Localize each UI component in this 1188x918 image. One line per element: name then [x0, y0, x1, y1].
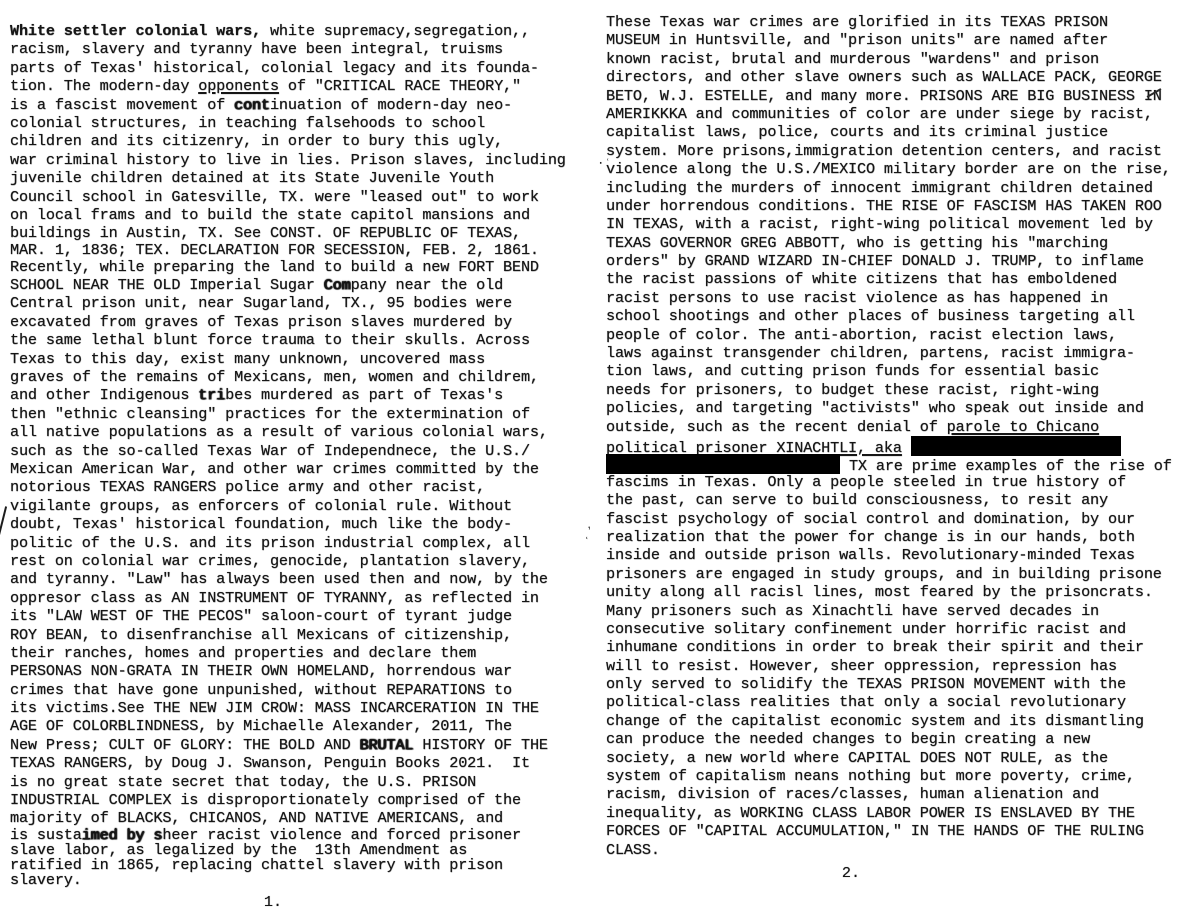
text-line: will to resist. However, sheer oppressio…	[606, 657, 1188, 675]
text-line: realization that the power for change is…	[606, 528, 1188, 546]
text-line: and tyranny. "Law" has always been used …	[10, 570, 596, 588]
text-line: Many prisoners such as Xinachtli have se…	[606, 602, 1188, 620]
text-line: vigilante groups, as enforcers of coloni…	[10, 497, 596, 515]
text-line: doubt, Texas' historical foundation, muc…	[10, 515, 596, 533]
text-line: Recently, while preparing the land to bu…	[10, 258, 596, 276]
text-line: colonial structures, in teaching falseho…	[10, 114, 596, 132]
text-line: such as the so-called Texas War of Indep…	[10, 442, 596, 460]
text-line: school shootings and other places of bus…	[606, 307, 1188, 325]
overtyped-text: BRUTAL	[360, 736, 414, 754]
text-line: is a fascist movement of continuation of…	[10, 96, 596, 114]
text-line: Mexican American War, and other war crim…	[10, 460, 596, 478]
text-line: CLASS.	[606, 841, 1188, 859]
overtyped-text: Com	[324, 276, 351, 294]
text-line: the same lethal blunt force trauma to th…	[10, 331, 596, 349]
text-line: ratified in 1865, replacing chattel slav…	[10, 858, 596, 873]
text-line: known racist, brutal and murderous "ward…	[606, 50, 1188, 68]
text-line: then "ethnic cleansing" practices for th…	[10, 405, 596, 423]
left-column: White settler colonial wars, white supre…	[6, 22, 596, 911]
text-line: war criminal history to live in lies. Pr…	[10, 151, 596, 169]
text-line: inhumane conditions in order to break th…	[606, 638, 1188, 656]
overtyped-text: cont	[234, 96, 270, 114]
text-line: juvenile children detained at its State …	[10, 169, 596, 187]
text-line: prisoners are engaged in study groups, a…	[606, 565, 1188, 583]
text-line: change of the capitalist economic system…	[606, 712, 1188, 730]
scan-artifact: ⋅ʿ	[597, 156, 611, 171]
text-line: AGE OF COLORBLINDNESS, by Michaelle Alex…	[10, 717, 596, 735]
text-line: politic of the U.S. and its prison indus…	[10, 534, 596, 552]
text-line: policies, and targeting "activists" who …	[606, 399, 1188, 417]
text-line: ROY BEAN, to disenfranchise all Mexicans…	[10, 626, 596, 644]
text-segment: of "CRITICAL RACE THEORY,"	[279, 77, 521, 95]
right-column: These Texas war crimes are glorified in …	[598, 13, 1188, 882]
text-line: system. More prisons,immigration detenti…	[606, 142, 1188, 160]
text-segment: New Press; CULT OF GLORY: THE BOLD AND	[10, 736, 360, 754]
text-line: These Texas war crimes are glorified in …	[606, 13, 1188, 31]
text-segment: pany near the old	[351, 276, 503, 294]
text-line: tion. The modern-day opponents of "CRITI…	[10, 77, 596, 95]
text-segment: outside, such as the recent denial of	[606, 418, 947, 436]
text-line: people of color. The anti-abortion, raci…	[606, 326, 1188, 344]
text-segment: SCHOOL NEAR THE OLD Imperial Sugar	[10, 276, 324, 294]
text-segment: and other Indigenous	[10, 386, 198, 404]
redaction-bar	[911, 436, 1121, 456]
text-line: TEXAS RANGERS, by Doug J. Swanson, Pengu…	[10, 754, 596, 772]
underlined-text: parole to Chicano	[947, 418, 1099, 436]
text-line: their ranches, homes and properties and …	[10, 644, 596, 662]
text-line: excavated from graves of Texas prison sl…	[10, 313, 596, 331]
text-line: graves of the remains of Mexicans, men, …	[10, 368, 596, 386]
text-line: all native populations as a result of va…	[10, 423, 596, 441]
text-line: consecutive solitary confinement under h…	[606, 620, 1188, 638]
text-line: TEXAS GOVERNOR GREG ABBOTT, who is getti…	[606, 234, 1188, 252]
text-line: outside, such as the recent denial of pa…	[606, 418, 1188, 436]
text-line: capitalist laws, police, courts and its …	[606, 123, 1188, 141]
text-line: New Press; CULT OF GLORY: THE BOLD AND B…	[10, 736, 596, 754]
text-line: society, a new world where CAPITAL DOES …	[606, 749, 1188, 767]
text-line: political-class realities that only a so…	[606, 693, 1188, 711]
page-number: 2.	[606, 864, 1188, 882]
text-line: needs for prisoners, to budget these rac…	[606, 381, 1188, 399]
text-line: political prisoner XINACHTLI, aka	[606, 436, 1188, 454]
text-segment: white supremacy,segregation,,	[261, 22, 530, 40]
text-line: rest on colonial war crimes, genocide, p…	[10, 552, 596, 570]
text-segment: tion. The modern-day	[10, 77, 198, 95]
page-number: 1.	[10, 893, 596, 911]
text-line: and other Indigenous tribes murdered as …	[10, 386, 596, 404]
text-line: AMERIKKKA and communities of color are u…	[606, 105, 1188, 123]
text-line: only served to solidify the TEXAS PRISON…	[606, 675, 1188, 693]
text-line: system of capitalism neans nothing but m…	[606, 767, 1188, 785]
text-line: slavery.	[10, 873, 596, 888]
text-line: Central prison unit, near Sugarland, TX.…	[10, 294, 596, 312]
text-line: tion laws, and cutting prison funds for …	[606, 362, 1188, 380]
text-line: its victims.See THE NEW JIM CROW: MASS I…	[10, 699, 596, 717]
text-line: inequality, as WORKING CLASS LABOR POWER…	[606, 804, 1188, 822]
text-line: IN TEXAS, with a racist, right-wing poli…	[606, 215, 1188, 233]
text-line: Council school in Gatesville, TX. were "…	[10, 188, 596, 206]
text-line: oppresor class as AN INSTRUMENT OF TYRAN…	[10, 589, 596, 607]
text-line: racist persons to use racist violence as…	[606, 289, 1188, 307]
text-line: racism, slavery and tyranny have been in…	[10, 40, 596, 58]
text-line: laws against transgender children, parte…	[606, 344, 1188, 362]
left-column-text: White settler colonial wars, white supre…	[10, 22, 596, 888]
text-line: on local frams and to build the state ca…	[10, 206, 596, 224]
text-line: MAR. 1, 1836; TEX. DECLARATION FOR SECES…	[10, 243, 596, 258]
right-column-text: These Texas war crimes are glorified in …	[606, 13, 1188, 859]
redaction-bar	[606, 454, 840, 474]
text-line: crimes that have gone unpunished, withou…	[10, 681, 596, 699]
text-line: fascist psychology of social control and…	[606, 510, 1188, 528]
text-line: the past, can serve to build consciousne…	[606, 491, 1188, 509]
text-segment: is a fascist movement of	[10, 96, 234, 114]
text-line: FORCES OF "CAPITAL ACCUMULATION," IN THE…	[606, 822, 1188, 840]
text-line: parts of Texas' historical, colonial leg…	[10, 59, 596, 77]
text-line: fascims in Texas. Only a people steeled …	[606, 473, 1188, 491]
text-line: racism, division of races/classes, human…	[606, 785, 1188, 803]
text-line: PERSONAS NON-GRATA IN THEIR OWN HOMELAND…	[10, 662, 596, 680]
text-line: including the murders of innocent immigr…	[606, 179, 1188, 197]
text-line: inside and outside prison walls. Revolut…	[606, 546, 1188, 564]
text-segment: bes murdered as part of Texas's	[225, 386, 503, 404]
text-line: the racist passions of white citizens th…	[606, 270, 1188, 288]
text-line: is no great state secret that today, the…	[10, 773, 596, 791]
text-segment: HISTORY OF THE	[413, 736, 547, 754]
text-line: under horrendous conditions. THE RISE OF…	[606, 197, 1188, 215]
text-line: directors, and other slave owners such a…	[606, 68, 1188, 86]
text-line: SCHOOL NEAR THE OLD Imperial Sugar Compa…	[10, 276, 596, 294]
text-line: notorious TEXAS RANGERS police army and …	[10, 478, 596, 496]
text-line: White settler colonial wars, white supre…	[10, 22, 596, 40]
scanned-document-page: White settler colonial wars, white supre…	[0, 0, 1188, 918]
text-line: its "LAW WEST OF THE PECOS" saloon-court…	[10, 607, 596, 625]
text-line: TX are prime examples of the rise of	[606, 454, 1188, 472]
text-line: BETO, W.J. ESTELLE, and many more. PRISO…	[606, 87, 1188, 105]
text-line: INDUSTRIAL COMPLEX is disproportionately…	[10, 791, 596, 809]
text-segment: inuation of modern-day neo-	[270, 96, 512, 114]
text-line: Texas to this day, exist many unknown, u…	[10, 350, 596, 368]
text-line: children and its citizenry, in order to …	[10, 132, 596, 150]
text-line: orders" by GRAND WIZARD IN-CHIEF DONALD …	[606, 252, 1188, 270]
scan-artifact: ̜ʼ	[585, 525, 595, 541]
text-line: violence along the U.S./MEXICO military …	[606, 160, 1188, 178]
underlined-text: opponents	[198, 77, 279, 95]
overtyped-text: tri	[198, 386, 225, 404]
text-line: can produce the needed changes to begin …	[606, 730, 1188, 748]
text-line: unity along all racisl lines, most feare…	[606, 583, 1188, 601]
text-line: MUSEUM in Huntsville, and "prison units"…	[606, 31, 1188, 49]
text-line: buildings in Austin, TX. See CONST. OF R…	[10, 224, 596, 242]
bold-text: White settler colonial wars,	[10, 22, 261, 40]
